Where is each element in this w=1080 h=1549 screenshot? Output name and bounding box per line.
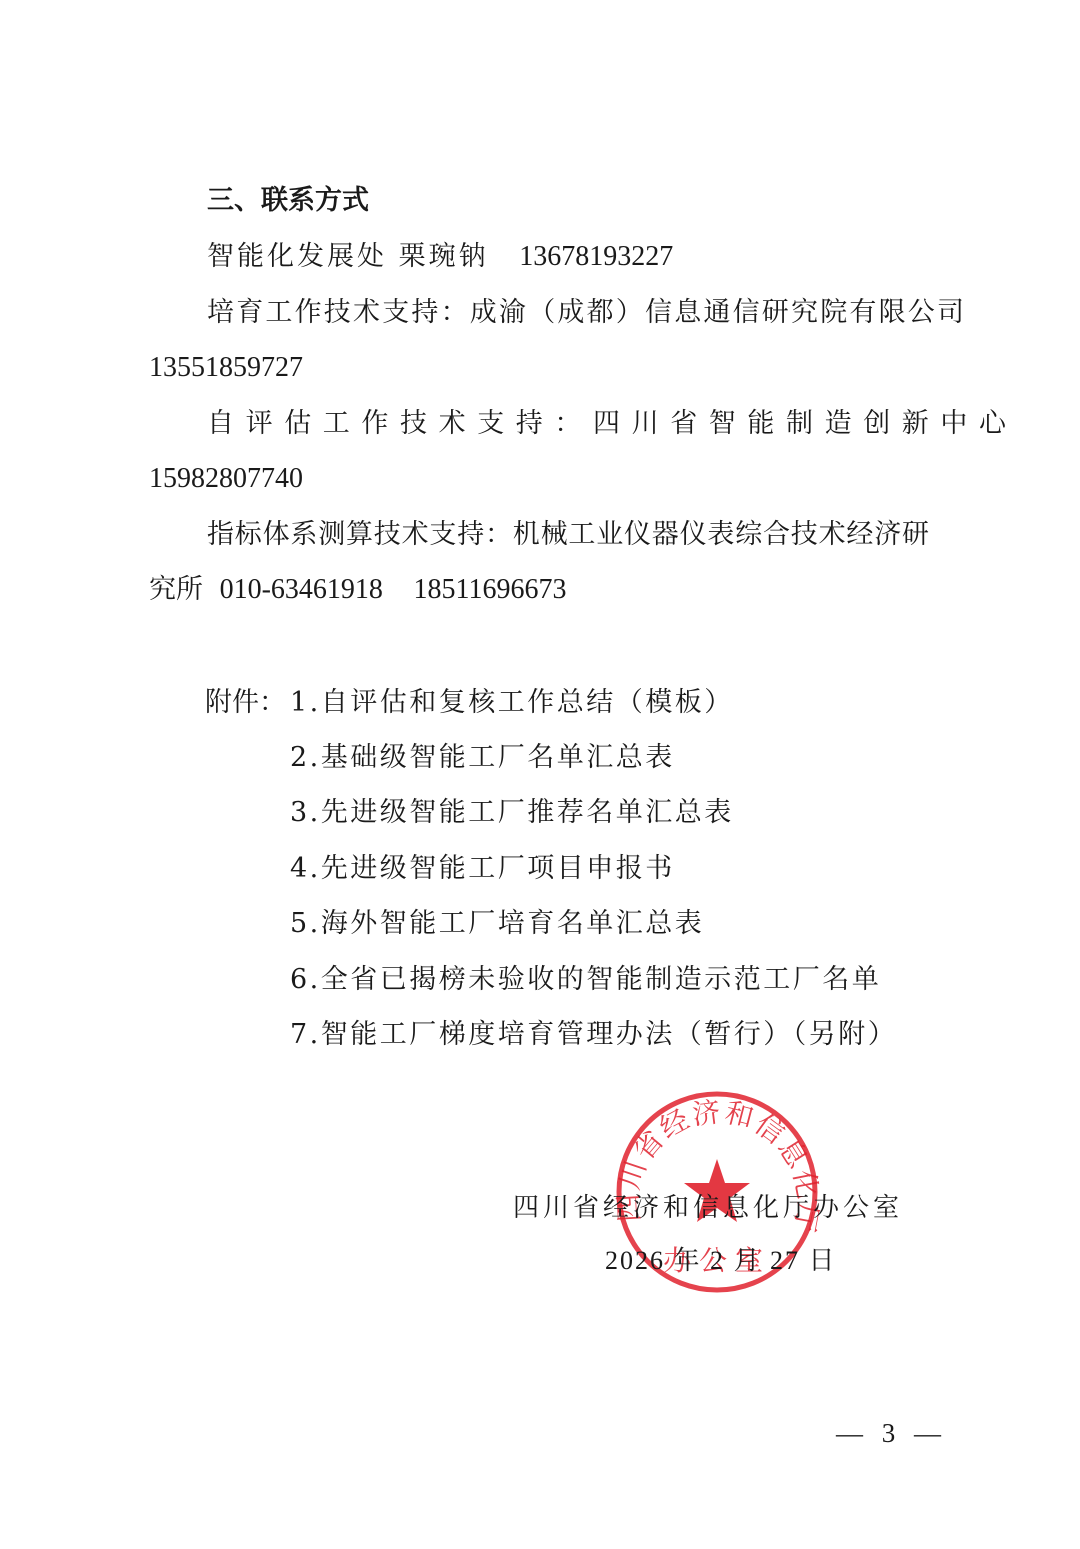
contact-phone-4b: 18511696673 — [414, 574, 567, 605]
signature-date: 2026 年 2 月 27 日 — [605, 1240, 837, 1277]
attachment-item: 3.先进级智能工厂推荐名单汇总表 — [290, 795, 734, 831]
contact-line-4: 指标体系测算技术支持：机械工业仪器仪表综合技术经济研 — [207, 517, 930, 553]
contact-line-2: 培育工作技术支持：成渝（成都）信息通信研究院有限公司 — [207, 295, 966, 331]
attachment-item: 5.海外智能工厂培育名单汇总表 — [290, 906, 704, 942]
signature-org: 四川省经济和信息化厅办公室 — [513, 1187, 903, 1224]
contact-phone-1: 13678193227 — [519, 241, 673, 272]
attachments-label: 附件： — [205, 685, 286, 721]
attachment-item: 1.自评估和复核工作总结（模板） — [290, 685, 734, 721]
section-heading: 三、联系方式 — [207, 183, 369, 219]
contact-phone-3: 15982807740 — [149, 461, 303, 497]
contact-line-3: 自评估工作技术支持：四川省智能制造创新中心 — [207, 406, 1018, 442]
contact-dept-name: 智能化发展处 栗琬钠 — [207, 241, 489, 272]
attachment-item: 4.先进级智能工厂项目申报书 — [290, 851, 675, 887]
attachment-item: 2.基础级智能工厂名单汇总表 — [290, 740, 675, 776]
contact-phone-2: 13551859727 — [149, 350, 303, 386]
page-number: — 3 — — [836, 1418, 947, 1449]
attachment-item: 6.全省已揭榜未验收的智能制造示范工厂名单 — [290, 962, 881, 998]
attachment-item: 7.智能工厂梯度培育管理办法（暂行）（另附） — [290, 1017, 897, 1053]
contact-line-4-cont: 究所 010-63461918 18511696673 — [149, 572, 566, 608]
contact-line-1: 智能化发展处 栗琬钠 13678193227 — [207, 239, 673, 275]
org-name-cont: 究所 — [149, 574, 203, 605]
contact-phone-4a: 010-63461918 — [220, 574, 383, 605]
